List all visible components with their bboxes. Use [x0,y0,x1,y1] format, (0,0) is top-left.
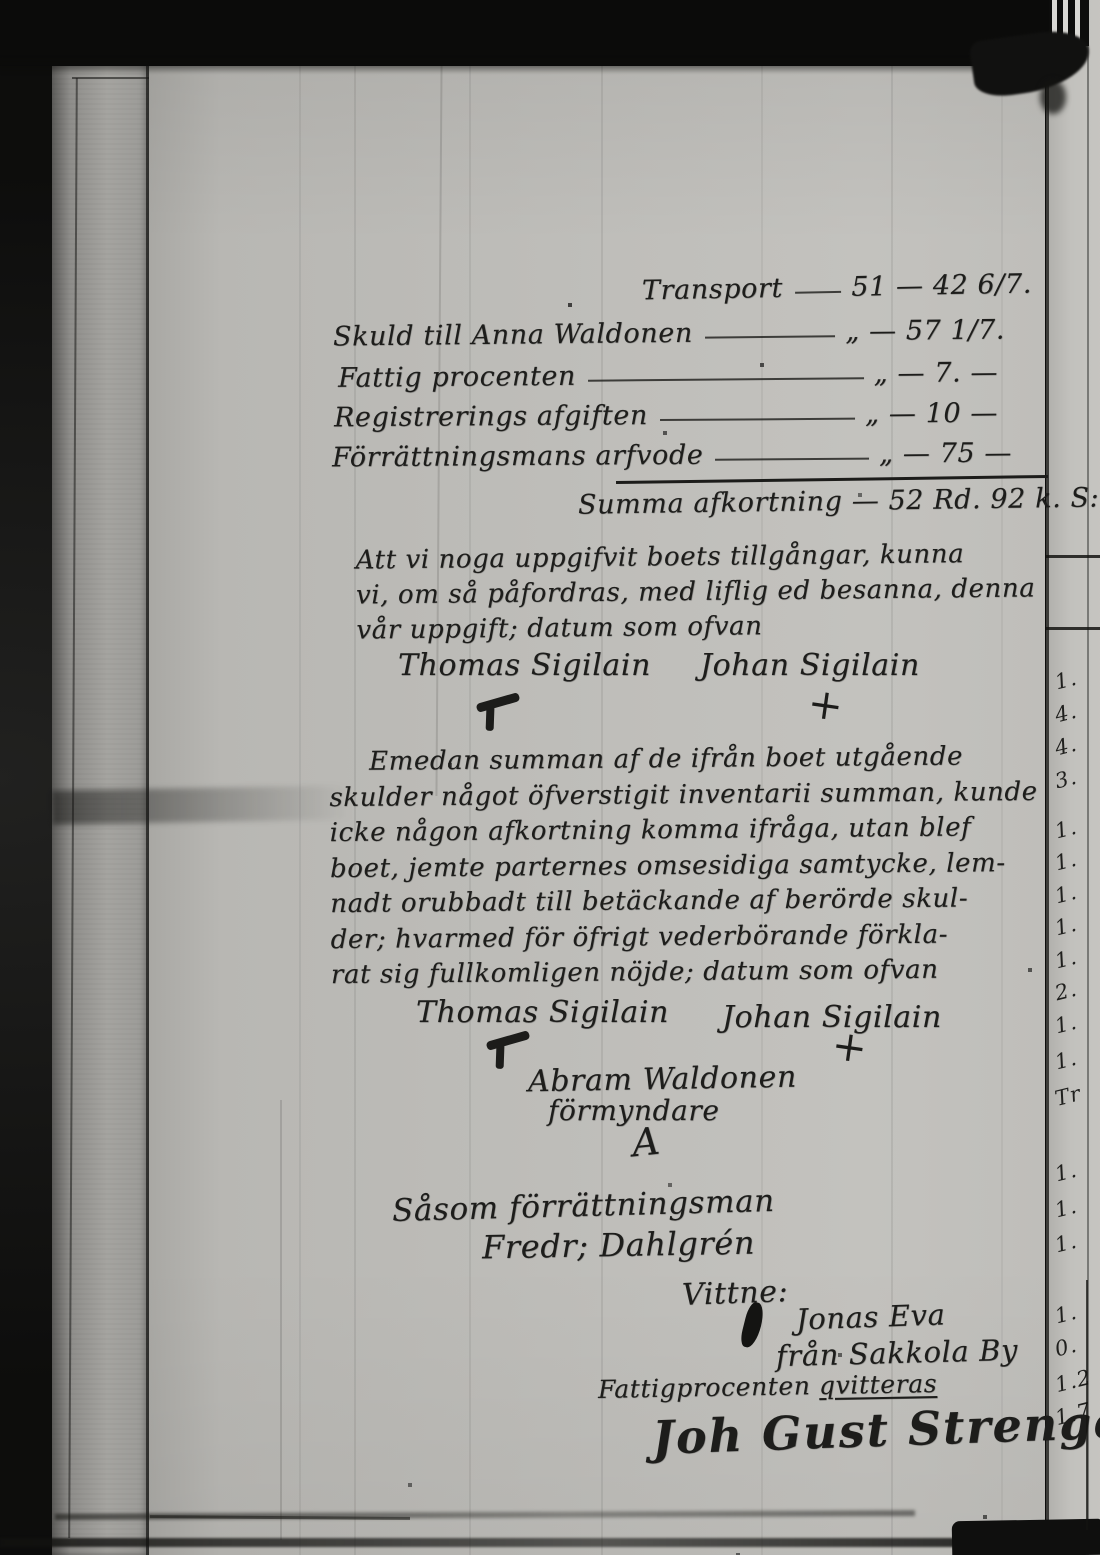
ledger-value: „ — 57 1/7. [845,314,1005,347]
photo-top-border [0,0,1052,66]
ledger-dash-line [705,335,835,338]
closing-paragraph: Emedan summan af de ifrån boet utgående … [329,739,1039,994]
paper-crease [280,1100,282,1540]
margin-number: 1. [1052,880,1079,909]
ledger-label: Fattig procenten [338,361,576,394]
ledger-value: „ — 10 — [865,398,998,430]
johan-cross-mark: + [829,1020,871,1073]
bottom-smudge-line [0,1538,1100,1547]
scanned-document-photo: 1. 4. 4. 3. 1. 1. 1. 1. 1. 2. 1. 1. Tr 1… [0,0,1100,1555]
signature-johan-2: Johan Sigilain [722,1000,942,1035]
ledger-value: „ — 75 — [879,438,1012,470]
paragraph-line: vår uppgift; datum som ofvan [356,606,1036,648]
officiant-signature: Fredr; Dahlgrén [482,1224,756,1267]
page-edge-line [72,77,150,79]
adjacent-page-edge: 1. 4. 4. 3. 1. 1. 1. 1. 1. 2. 1. 1. Tr 1… [1046,0,1100,1555]
oath-paragraph: Att vi noga uppgifvit boets tillgångar, … [355,536,1035,648]
ledger-dash-line [588,377,864,381]
ledger-row-arfvode: Förrättningsmans arfvode „ — 75 — [332,438,1012,474]
ledger-dash-line [715,458,869,461]
witness-name: Jonas Eva [795,1297,946,1336]
margin-number: 2. [1052,977,1079,1006]
margin-number: 3. [1052,765,1079,794]
signature-thomas-2: Thomas Sigilain [416,995,669,1030]
ledger-row-registrering: Registrerings afgiften „ — 10 — [334,398,998,434]
margin-number: 1. [1052,1046,1079,1075]
paragraph-line: vi, om så påfordras, med liflig ed besan… [356,571,1036,613]
margin-number: 1. [1052,847,1079,876]
scratch-line [1086,1280,1088,1530]
margin-number: Tr [1052,1081,1083,1111]
johan-cross-mark: + [805,678,847,731]
margin-number: 1. [1052,945,1079,974]
margin-number: 1. [1052,1158,1079,1187]
margin-number: 1. [1052,1300,1079,1329]
shadow-blob [1040,80,1066,114]
ledger-label: Förrättningsmans arfvode [332,440,704,474]
ledger-value: 51 — 42 6/7. [851,269,1032,303]
paragraph-line: skulder något öfverstigit inventarii sum… [329,774,1038,816]
margin-number: 1. [1052,1010,1079,1039]
margin-number: 1. [1052,815,1079,844]
paragraph-line: nadt orubbadt till betäckande af berörde… [330,881,1039,923]
paragraph-line: Emedan summan af de ifrån boet utgående [329,739,1038,781]
margin-number: 0. [1052,1333,1079,1362]
receipt-note: Fattigprocenten qvitteras [598,1369,938,1404]
paragraph-line: icke någon afkortning komma ifråga, utan… [330,810,1039,852]
margin-number: 1. [1052,1229,1079,1258]
signature-johan-1: Johan Sigilain [700,648,920,683]
ledger-value: „ — 7. — [874,357,999,389]
torn-paper-edge [0,58,1052,74]
witness-label: Vittne: [681,1274,788,1313]
receipt-underlined: qvitteras [819,1369,938,1400]
ledger-dash-line [660,418,855,421]
ledger-row-fattigprocent: Fattig procenten „ — 7. — [338,357,998,394]
margin-number: 1. [1052,666,1079,695]
witness-origin: från Sakkola By [776,1333,1019,1373]
margin-number: 4. [1052,732,1079,761]
paragraph-line: rat sig fullkomligen nöjde; datum som of… [331,952,1040,994]
ledger-dash-line [795,291,841,294]
bottom-ink-blob [952,1519,1100,1555]
ledger-label: Transport [642,273,783,306]
shadow-band [52,785,353,824]
margin-number: 4. [1052,699,1079,728]
signature-thomas-1: Thomas Sigilain [398,648,651,683]
margin-number: 1. [1052,1194,1079,1223]
margin-number: 1. [1052,912,1079,941]
ledger-label: Registrerings afgiften [334,400,648,433]
guardian-mark: A [630,1119,662,1166]
ledger-label: Skuld till Anna Waldonen [333,318,693,353]
receipt-prefix: Fattigprocenten [598,1371,811,1404]
